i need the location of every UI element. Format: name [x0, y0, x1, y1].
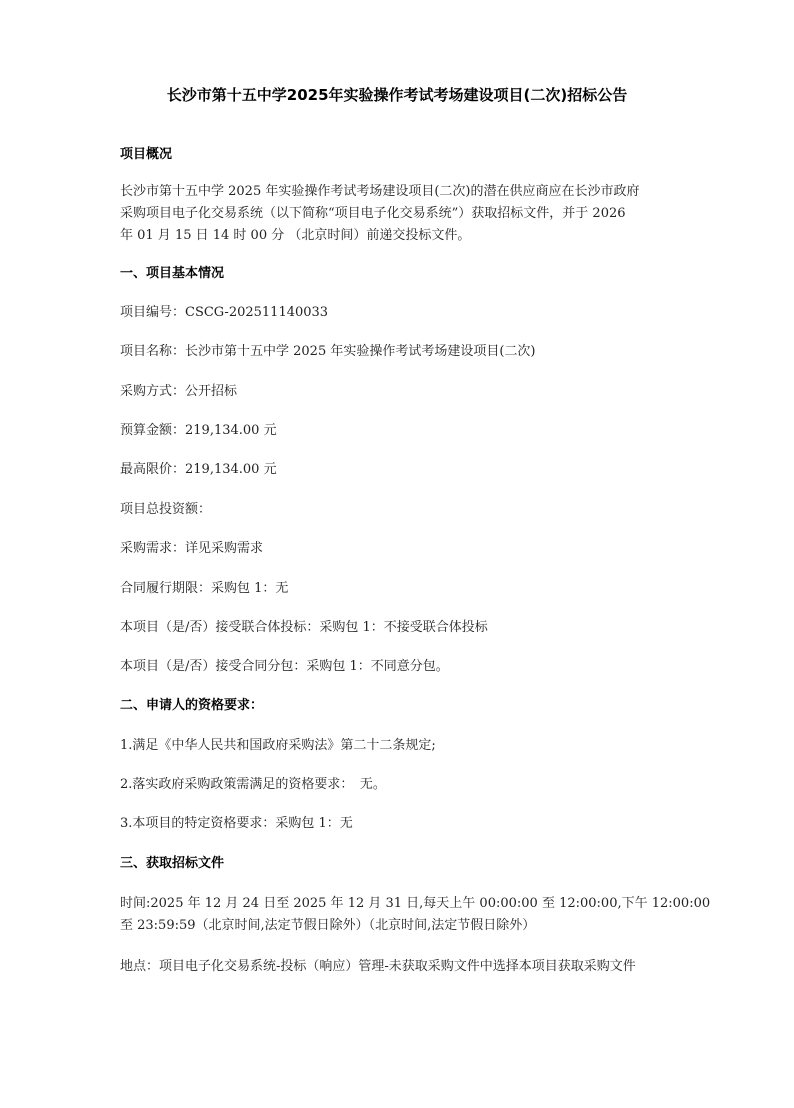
procurement-requirements: 采购需求：详见采购需求: [120, 538, 263, 560]
consortium-bidding: 本项目（是/否）接受联合体投标：采购包 1：不接受联合体投标: [120, 617, 488, 639]
document-title: 长沙市第十五中学2025年实验操作考试考场建设项目(二次)招标公告: [0, 84, 794, 105]
overview-paragraph: 长沙市第十五中学 2025 年实验操作考试考场建设项目(二次)的潜在供应商应在长…: [120, 181, 676, 247]
document-page: 长沙市第十五中学2025年实验操作考试考场建设项目(二次)招标公告 项目概况 长…: [0, 0, 794, 1108]
overview-line-3: 年 01 月 15 日 14 时 00 分 （北京时间）前递交投标文件。: [120, 225, 676, 247]
project-number: 项目编号：CSCG-202511140033: [120, 302, 328, 324]
procurement-method: 采购方式：公开招标: [120, 381, 237, 403]
budget-amount: 预算金额：219,134.00 元: [120, 420, 277, 442]
qualification-2: 2.落实政府采购政策需满足的资格要求： 无。: [120, 774, 386, 796]
contract-period: 合同履行期限：采购包 1：无: [120, 578, 288, 600]
section3-heading: 三、获取招标文件: [120, 853, 224, 875]
acquisition-time-line-2: 至 23:59:59（北京时间,法定节假日除外）（北京时间,法定节假日除外）: [120, 915, 676, 937]
qualification-3: 3.本项目的特定资格要求：采购包 1：无: [120, 813, 353, 835]
overview-line-1: 长沙市第十五中学 2025 年实验操作考试考场建设项目(二次)的潜在供应商应在长…: [120, 181, 676, 203]
qualification-1: 1.满足《中华人民共和国政府采购法》第二十二条规定;: [120, 735, 436, 757]
section1-heading: 一、项目基本情况: [120, 263, 224, 285]
acquisition-location: 地点：项目电子化交易系统-投标（响应）管理-未获取采购文件中选择本项目获取采购文…: [120, 956, 636, 978]
contract-subcontracting: 本项目（是/否）接受合同分包：采购包 1：不同意分包。: [120, 656, 449, 678]
acquisition-time-line-1: 时间:2025 年 12 月 24 日至 2025 年 12 月 31 日,每天…: [120, 893, 676, 915]
overview-line-2: 采购项目电子化交易系统（以下简称“项目电子化交易系统”）获取招标文件，并于 20…: [120, 203, 676, 225]
project-name: 项目名称：长沙市第十五中学 2025 年实验操作考试考场建设项目(二次): [120, 341, 536, 363]
max-price: 最高限价：219,134.00 元: [120, 459, 277, 481]
acquisition-time: 时间:2025 年 12 月 24 日至 2025 年 12 月 31 日,每天…: [120, 893, 676, 937]
total-investment: 项目总投资额：: [120, 499, 211, 521]
section2-heading: 二、申请人的资格要求：: [120, 695, 263, 717]
overview-heading: 项目概况: [120, 144, 172, 166]
